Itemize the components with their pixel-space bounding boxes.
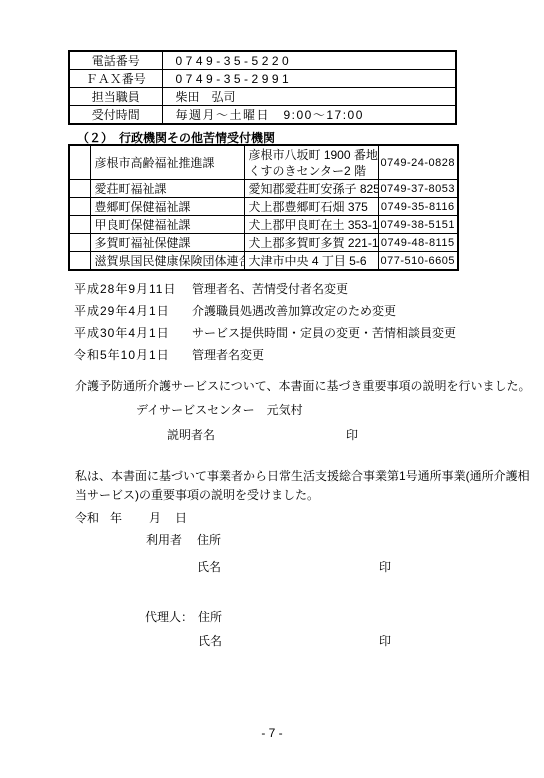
history-date: 平成28年9月11日 <box>74 280 192 297</box>
table-row: 彦根市高齢福祉推進課 彦根市八坂町 1900 番地 4 くすのきセンター2 階 … <box>69 145 458 180</box>
agency-name: 豊郷町保健福祉課 <box>90 198 244 216</box>
table-row: 甲良町保健福祉課 犬上郡甲良町在土 353-1 0749-38-5151 <box>69 216 458 234</box>
explainer-name-label: 説明者名 <box>167 426 215 443</box>
history-entry: 平成28年9月11日管理者名、苦情受付者名変更 <box>74 280 456 302</box>
row-marker-cell <box>69 252 90 271</box>
row-marker-cell <box>69 180 90 198</box>
page-number: - 7 - <box>0 726 544 740</box>
contact-label-phone: 電話番号 <box>69 51 162 70</box>
agency-name: 多賀町福祉保健課 <box>90 234 244 252</box>
table-row: 受付時間 毎週月〜土曜日 9:00〜17:00 <box>69 106 456 125</box>
table-row: 多賀町福祉保健課 犬上郡多賀町多賀 221-1 0749-48-8115 <box>69 234 458 252</box>
history-description: 介護職員処遇改善加算改定のため変更 <box>192 304 396 318</box>
agency-address: 犬上郡豊郷町石畑 375 <box>244 198 378 216</box>
table-row: ＦＡＸ番号 0749-35-2991 <box>69 70 456 88</box>
agency-phone: 077-510-6605 <box>378 252 458 271</box>
date-era-label: 令和 <box>75 509 99 526</box>
contact-value-phone: 0749-35-5220 <box>162 51 456 70</box>
date-month-label: 月 <box>149 509 161 526</box>
row-marker-cell <box>69 234 90 252</box>
user-name-label: 氏名 <box>197 558 221 575</box>
agency-phone: 0749-37-8053 <box>378 180 458 198</box>
history-date: 平成30年4月1日 <box>74 324 192 341</box>
agency-address-line2: くすのきセンター2 階 <box>249 163 378 179</box>
explanation-statement: 介護予防通所介護サービスについて、本書面に基づき重要事項の説明を行いました。 <box>75 377 531 394</box>
table-row: 電話番号 0749-35-5220 <box>69 51 456 70</box>
agent-seal-label: 印 <box>379 632 391 649</box>
table-row: 豊郷町保健福祉課 犬上郡豊郷町石畑 375 0749-35-8116 <box>69 198 458 216</box>
history-description: 管理者名、苦情受付者名変更 <box>192 282 348 296</box>
agency-address-line1: 彦根市八坂町 1900 番地 4 <box>249 147 378 163</box>
history-entry: 平成30年4月1日サービス提供時間・定員の変更・苦情相談員変更 <box>74 324 456 346</box>
agent-address-label: 住所 <box>198 608 222 625</box>
table-row: 滋賀県国民健康保険団体連合会 大津市中央 4 丁目 5-6 077-510-66… <box>69 252 458 271</box>
contact-table: 電話番号 0749-35-5220 ＦＡＸ番号 0749-35-2991 担当職… <box>68 50 457 125</box>
agency-phone: 0749-35-8116 <box>378 198 458 216</box>
agencies-table: 彦根市高齢福祉推進課 彦根市八坂町 1900 番地 4 くすのきセンター2 階 … <box>68 144 459 271</box>
date-day-label: 日 <box>175 509 187 526</box>
user-role-label: 利用者 <box>146 531 182 548</box>
contact-value-staff: 柴田 弘司 <box>162 88 456 106</box>
agency-address: 愛知郡愛荘町安孫子 825 番地 <box>244 180 378 198</box>
history-description: 管理者名変更 <box>192 348 264 362</box>
agency-name: 滋賀県国民健康保険団体連合会 <box>90 252 244 271</box>
date-year-label: 年 <box>110 509 122 526</box>
document-page: 電話番号 0749-35-5220 ＦＡＸ番号 0749-35-2991 担当職… <box>0 0 544 778</box>
row-marker-cell <box>69 145 90 180</box>
user-address-label: 住所 <box>197 531 221 548</box>
agency-address: 犬上郡甲良町在土 353-1 <box>244 216 378 234</box>
contact-label-staff: 担当職員 <box>69 88 162 106</box>
history-description: サービス提供時間・定員の変更・苦情相談員変更 <box>192 326 456 340</box>
agency-name: 甲良町保健福祉課 <box>90 216 244 234</box>
table-row: 担当職員 柴田 弘司 <box>69 88 456 106</box>
acknowledgement-statement-line2: 当サービス)の重要事項の説明を受けました。 <box>75 486 319 503</box>
facility-name: デイサービスセンター 元気村 <box>136 401 303 418</box>
agency-phone: 0749-24-0828 <box>378 145 458 180</box>
agency-name: 愛荘町福祉課 <box>90 180 244 198</box>
row-marker-cell <box>69 216 90 234</box>
history-entry: 平成29年4月1日介護職員処遇改善加算改定のため変更 <box>74 302 456 324</box>
agent-role-label: 代理人： <box>145 608 193 625</box>
acknowledgement-statement-line1: 私は、本書面に基づいて事業者から日常生活支援総合事業第1号通所事業(通所介護相 <box>75 467 530 484</box>
agency-address: 彦根市八坂町 1900 番地 4 くすのきセンター2 階 <box>244 145 378 180</box>
row-marker-cell <box>69 198 90 216</box>
contact-value-hours: 毎週月〜土曜日 9:00〜17:00 <box>162 106 456 125</box>
agency-address: 犬上郡多賀町多賀 221-1 <box>244 234 378 252</box>
history-entry: 令和5年10月1日管理者名変更 <box>74 346 456 368</box>
contact-label-hours: 受付時間 <box>69 106 162 125</box>
user-seal-label: 印 <box>379 558 391 575</box>
table-row: 愛荘町福祉課 愛知郡愛荘町安孫子 825 番地 0749-37-8053 <box>69 180 458 198</box>
agency-name: 彦根市高齢福祉推進課 <box>90 145 244 180</box>
history-date: 令和5年10月1日 <box>74 346 192 363</box>
contact-value-fax: 0749-35-2991 <box>162 70 456 88</box>
history-date: 平成29年4月1日 <box>74 302 192 319</box>
explainer-seal-label: 印 <box>346 426 358 443</box>
agency-address: 大津市中央 4 丁目 5-6 <box>244 252 378 271</box>
agency-phone: 0749-38-5151 <box>378 216 458 234</box>
agent-name-label: 氏名 <box>198 632 222 649</box>
agency-phone: 0749-48-8115 <box>378 234 458 252</box>
revision-history: 平成28年9月11日管理者名、苦情受付者名変更 平成29年4月1日介護職員処遇改… <box>74 280 456 368</box>
contact-label-fax: ＦＡＸ番号 <box>69 70 162 88</box>
